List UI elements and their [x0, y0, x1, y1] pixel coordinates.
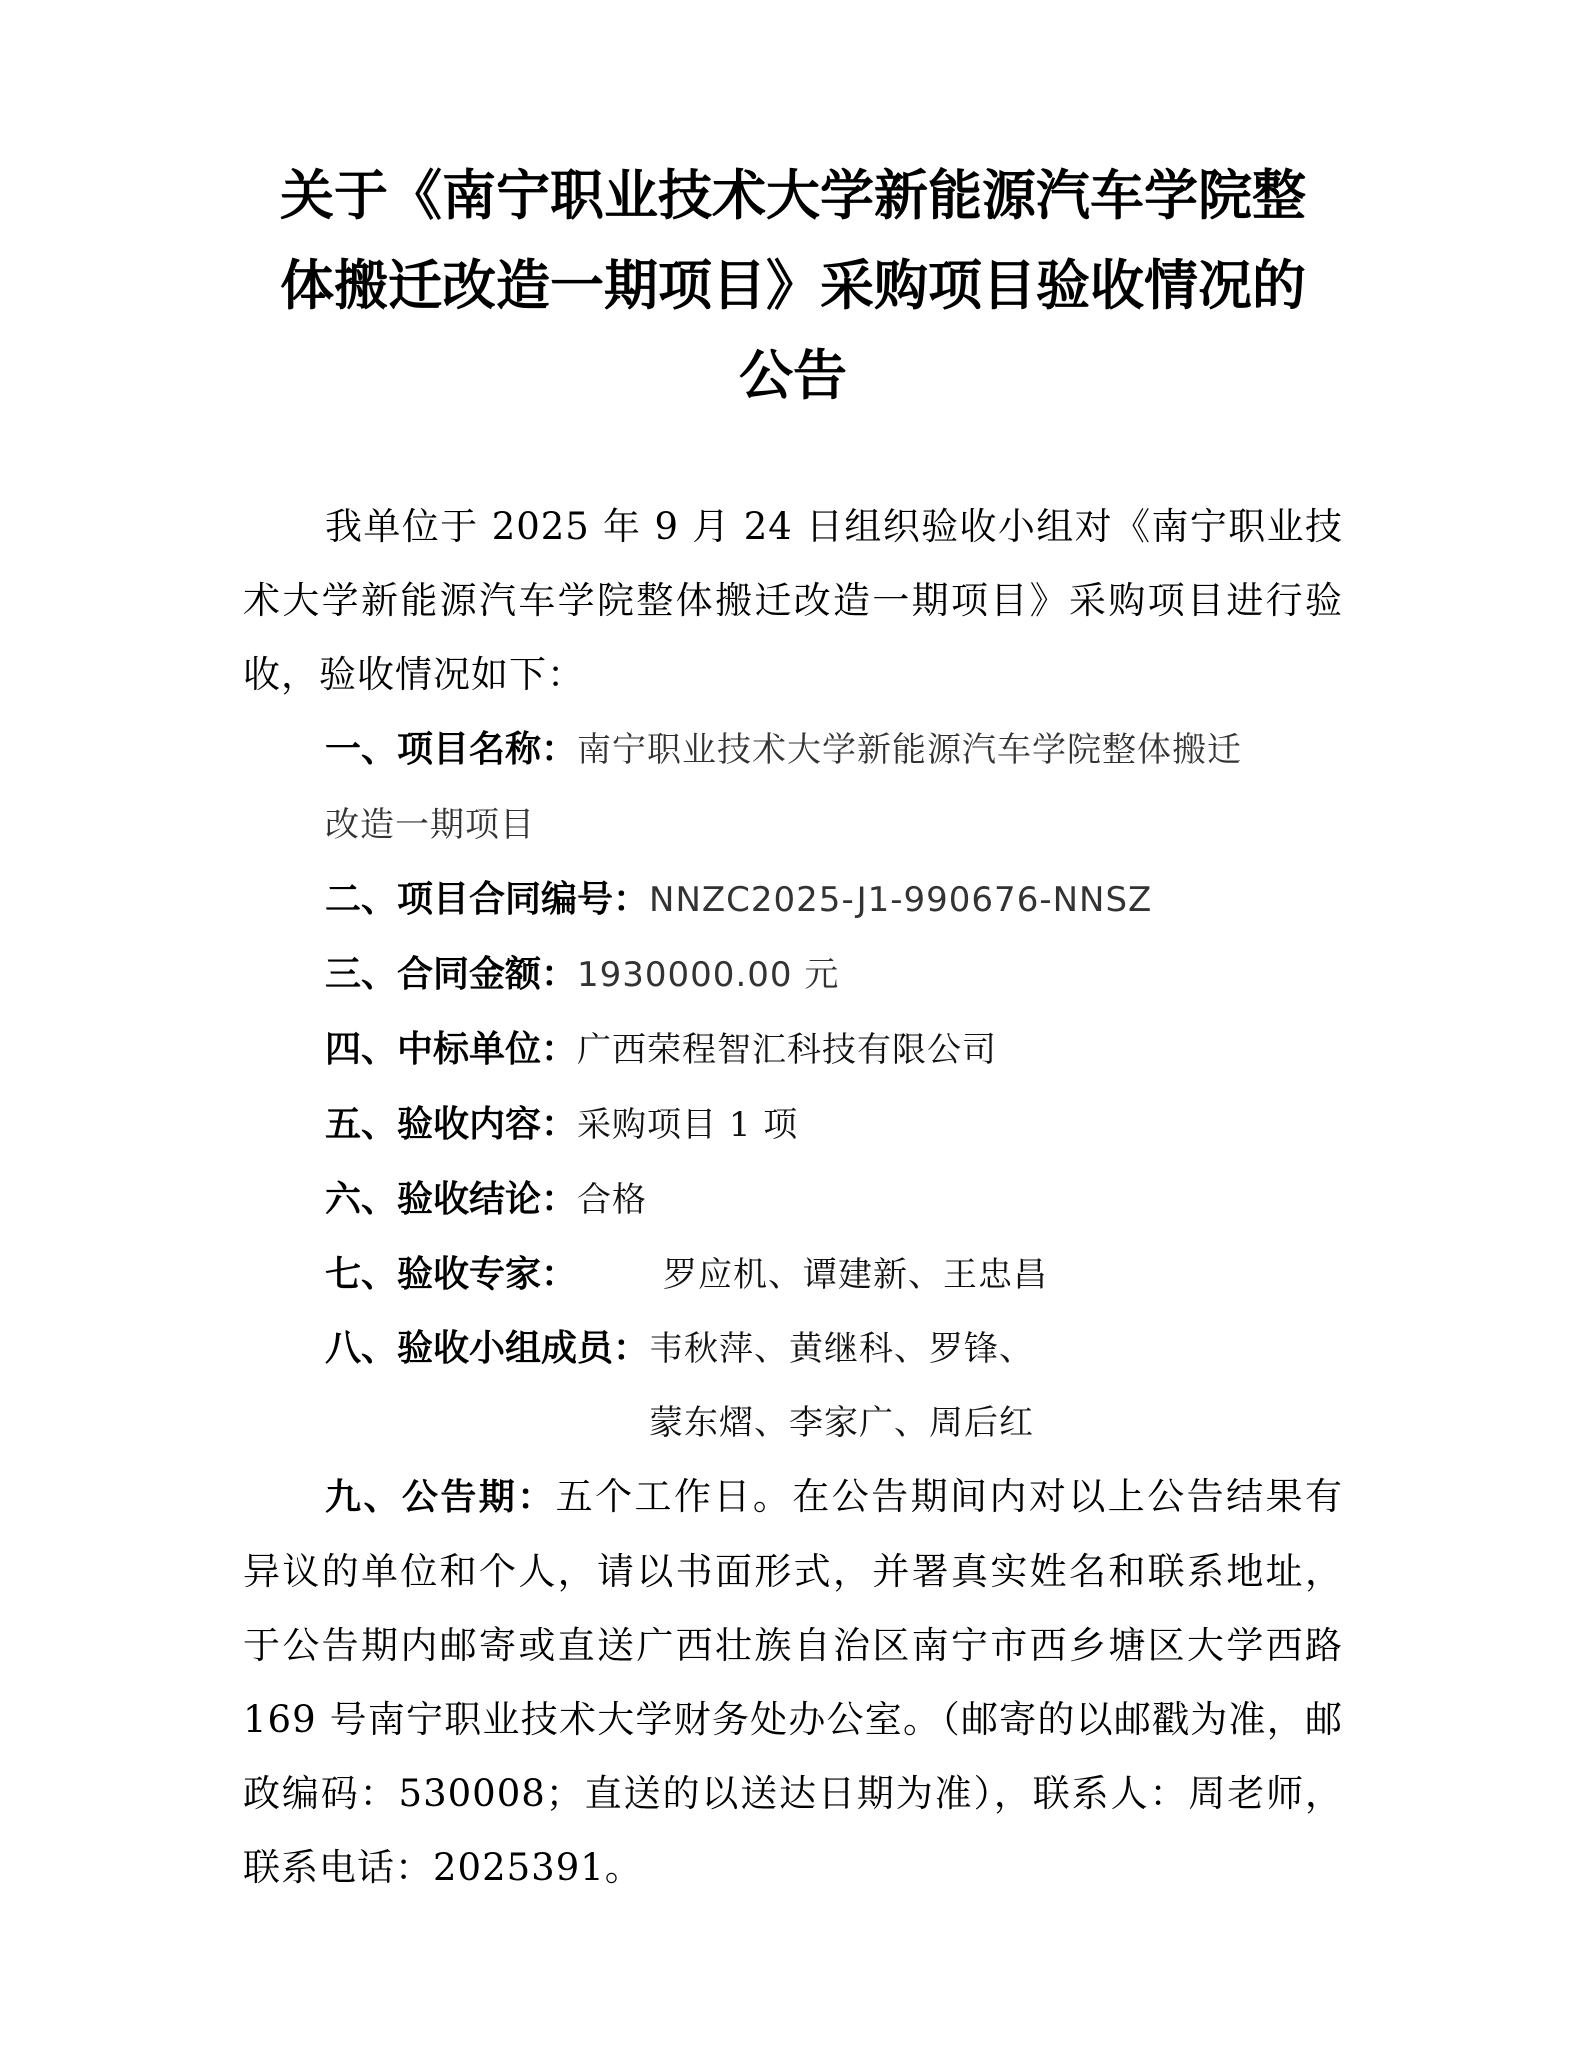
- document-title: 关于《南宁职业技术大学新能源汽车学院整 体搬迁改造一期项目》采购项目验收情况的 …: [243, 150, 1343, 420]
- item-value: 合格: [577, 1180, 647, 1220]
- item-project-name-continued: 改造一期项目: [243, 787, 1343, 862]
- notice-text: 五个工作日。在公告期间内对以上公告结果有异议的单位和个人，请以书面形式，并署真实…: [243, 1475, 1343, 1889]
- item-acceptance-content: 五、验收内容：采购项目 1 项: [243, 1087, 1343, 1162]
- item-value: 南宁职业技术大学新能源汽车学院整体搬迁: [577, 730, 1242, 770]
- members-line-2: 蒙东熠、李家广、周后红: [649, 1386, 1034, 1460]
- item-value: 罗应机、谭建新、王忠昌: [663, 1255, 1048, 1295]
- item-label: 八、验收小组成员：: [325, 1312, 649, 1386]
- item-label: 一、项目名称：: [325, 729, 577, 770]
- item-label: 七、验收专家：: [325, 1254, 577, 1295]
- intro-paragraph: 我单位于 2025 年 9 月 24 日组织验收小组对《南宁职业技术大学新能源汽…: [243, 490, 1343, 712]
- item-value-continued: 改造一期项目: [325, 805, 535, 845]
- item-label: 二、项目合同编号：: [325, 879, 649, 920]
- item-value: NNZC2025-J1-990676-NNSZ: [649, 880, 1152, 920]
- item-acceptance-experts: 七、验收专家：罗应机、谭建新、王忠昌: [243, 1237, 1343, 1312]
- title-line-3: 公告: [243, 330, 1343, 420]
- title-line-2: 体搬迁改造一期项目》采购项目验收情况的: [243, 240, 1343, 330]
- item-acceptance-conclusion: 六、验收结论：合格: [243, 1162, 1343, 1237]
- item-value: 采购项目 1 项: [577, 1105, 798, 1145]
- item-label: 三、合同金额：: [325, 954, 577, 995]
- members-line-1: 韦秋萍、黄继科、罗锋、: [649, 1312, 1034, 1386]
- item-contract-number: 二、项目合同编号：NNZC2025-J1-990676-NNSZ: [243, 862, 1343, 937]
- notice-label: 九、公告期：: [325, 1477, 556, 1518]
- item-label: 四、中标单位：: [325, 1029, 577, 1070]
- members-list: 韦秋萍、黄继科、罗锋、 蒙东熠、李家广、周后红: [649, 1312, 1034, 1460]
- item-winning-bidder: 四、中标单位：广西荣程智汇科技有限公司: [243, 1012, 1343, 1087]
- notice-paragraph: 九、公告期：五个工作日。在公告期间内对以上公告结果有异议的单位和个人，请以书面形…: [243, 1460, 1343, 1905]
- item-value: 广西荣程智汇科技有限公司: [577, 1030, 997, 1070]
- document-page: 关于《南宁职业技术大学新能源汽车学院整 体搬迁改造一期项目》采购项目验收情况的 …: [243, 150, 1343, 1905]
- item-label: 六、验收结论：: [325, 1179, 577, 1220]
- item-group-members: 八、验收小组成员： 韦秋萍、黄继科、罗锋、 蒙东熠、李家广、周后红: [243, 1312, 1343, 1460]
- item-contract-amount: 三、合同金额：1930000.00 元: [243, 937, 1343, 1012]
- item-label: 五、验收内容：: [325, 1104, 577, 1145]
- item-value: 1930000.00 元: [577, 955, 839, 995]
- title-line-1: 关于《南宁职业技术大学新能源汽车学院整: [243, 150, 1343, 240]
- item-project-name: 一、项目名称：南宁职业技术大学新能源汽车学院整体搬迁: [243, 712, 1343, 787]
- document-body: 我单位于 2025 年 9 月 24 日组织验收小组对《南宁职业技术大学新能源汽…: [243, 490, 1343, 1905]
